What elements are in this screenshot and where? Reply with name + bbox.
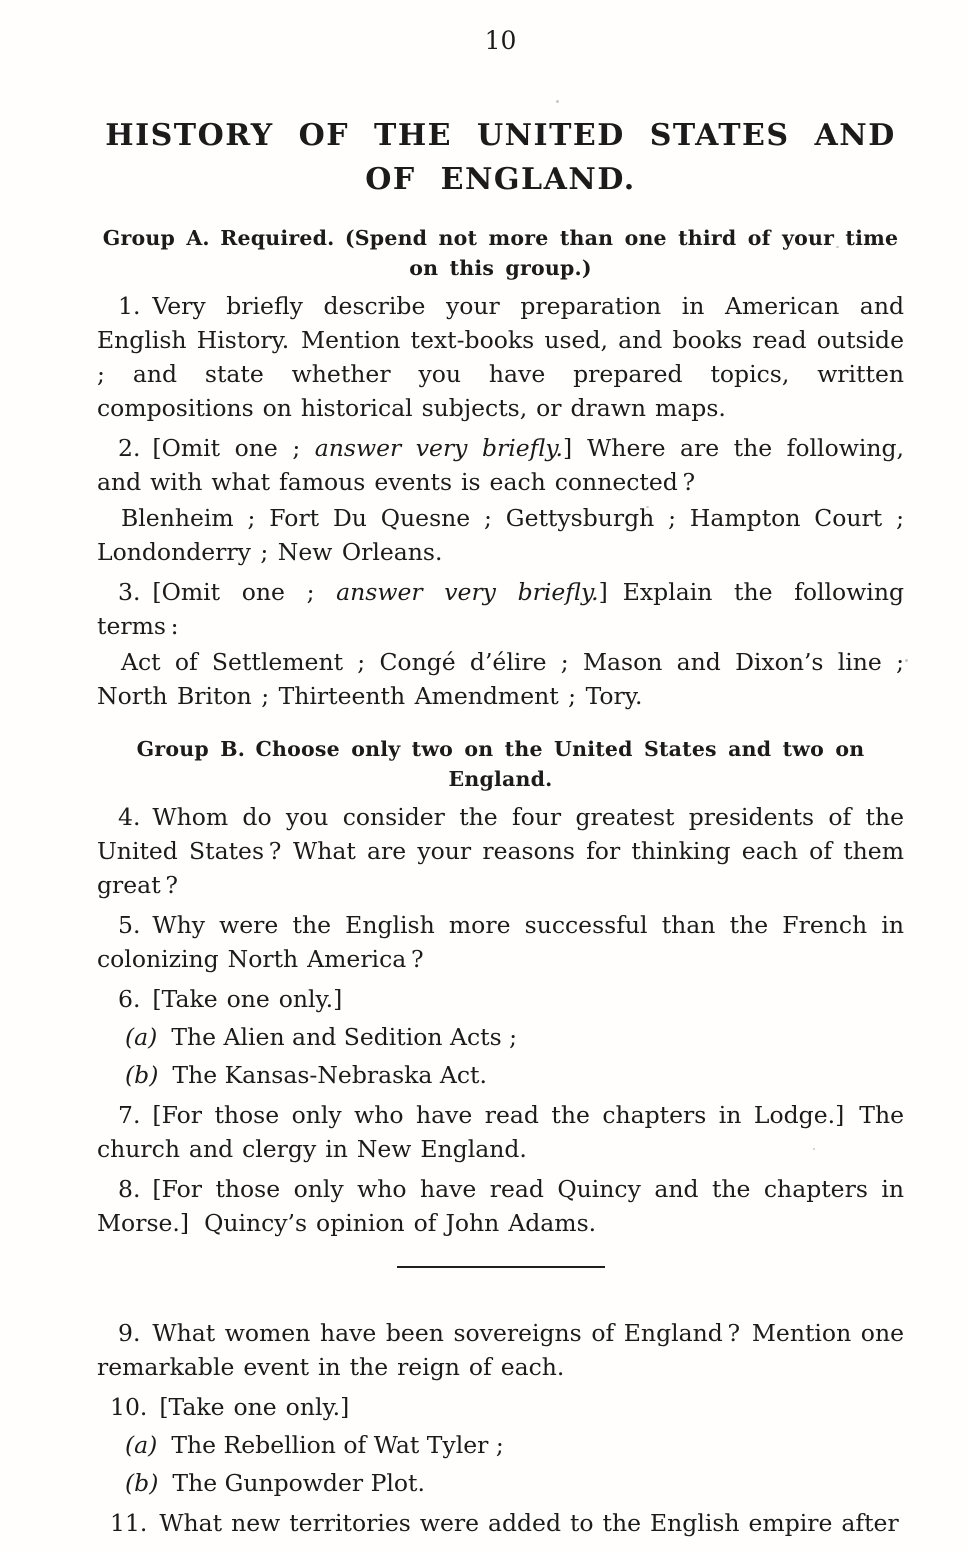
question-6-option-b: (b)The Kansas-Nebraska Act.: [97, 1058, 904, 1092]
question-10-option-a: (a)The Rebellion of Wat Tyler ;: [97, 1428, 904, 1462]
section-divider: [397, 1266, 605, 1268]
question-6: 6.[Take one only.]: [97, 982, 904, 1016]
question-6-option-a-label: (a): [125, 1023, 157, 1051]
question-3-terms-list: Act of Settlement ; Congé d’élire ; Maso…: [97, 645, 904, 713]
question-6-option-a: (a)The Alien and Sedition Acts ;: [97, 1020, 904, 1054]
question-8-text: Quincy’s opinion of John Adams.: [204, 1209, 596, 1237]
question-8-number: 8.: [118, 1175, 140, 1203]
question-3-instruction-italic: answer very briefly.: [336, 578, 598, 606]
group-b-heading: Group B. Choose only two on the United S…: [97, 734, 904, 794]
question-1: 1.Very briefly describe your preparation…: [97, 289, 904, 425]
question-4: 4.Whom do you consider the four greatest…: [97, 800, 904, 902]
question-5-number: 5.: [118, 911, 140, 939]
scan-speck: [813, 1148, 815, 1150]
question-9-text: What women have been sovereigns of Engla…: [97, 1319, 904, 1381]
question-9: 9.What women have been sovereigns of Eng…: [97, 1316, 904, 1384]
question-3-number: 3.: [118, 578, 140, 606]
exam-title: HISTORY OF THE UNITED STATES ANDOF ENGLA…: [97, 114, 904, 202]
question-4-text: Whom do you consider the four greatest p…: [97, 803, 904, 899]
question-2-number: 2.: [118, 434, 140, 462]
question-6-number: 6.: [118, 985, 140, 1013]
question-10-option-b-text: The Gunpowder Plot.: [172, 1469, 425, 1497]
group-a-heading: Group A. Required. (Spend not more than …: [97, 223, 904, 283]
scan-speck: [556, 100, 559, 103]
group-b-section: Group B. Choose only two on the United S…: [97, 734, 904, 1240]
question-3: 3.[Omit one ; answer very briefly.]Expla…: [97, 575, 904, 643]
question-6-option-b-text: The Kansas-Nebraska Act.: [172, 1061, 487, 1089]
question-2: 2.[Omit one ; answer very briefly.]Where…: [97, 431, 904, 499]
question-5-text: Why were the English more successful tha…: [97, 911, 904, 973]
question-6-option-b-label: (b): [125, 1061, 158, 1089]
question-6-text: [Take one only.]: [152, 985, 342, 1013]
question-2-place-list: Blenheim ; Fort Du Quesne ; Gettysburgh …: [97, 501, 904, 569]
question-2-instruction-italic: answer very briefly.: [315, 434, 563, 462]
exam-title-line-2: OF ENGLAND.: [97, 158, 904, 202]
england-section: 9.What women have been sovereigns of Eng…: [97, 1316, 904, 1540]
question-10-text: [Take one only.]: [159, 1393, 349, 1421]
group-a-section: Group A. Required. (Spend not more than …: [97, 223, 904, 713]
question-11-number: 11.: [110, 1509, 147, 1537]
group-a-heading-line-2: on this group.): [97, 253, 904, 283]
question-7-bracket: [For those only who have read the chapte…: [152, 1101, 844, 1129]
question-10-option-b: (b)The Gunpowder Plot.: [97, 1466, 904, 1500]
question-5: 5.Why were the English more successful t…: [97, 908, 904, 976]
scan-speck: [836, 246, 839, 248]
group-a-heading-line-1: Group A. Required. (Spend not more than …: [97, 223, 904, 253]
question-3-bracket-close: ]: [599, 578, 608, 606]
page-number: 10: [97, 0, 904, 57]
question-2-bracket-close: ]: [563, 434, 572, 462]
question-10: 10.[Take one only.]: [97, 1390, 904, 1424]
question-10-option-b-label: (b): [125, 1469, 158, 1497]
question-2-bracket-open: [Omit one ;: [152, 434, 300, 462]
scanned-exam-page: 10 HISTORY OF THE UNITED STATES ANDOF EN…: [0, 0, 968, 1552]
question-6-option-a-text: The Alien and Sedition Acts ;: [171, 1023, 517, 1051]
question-7: 7.[For those only who have read the chap…: [97, 1098, 904, 1166]
question-8: 8.[For those only who have read Quincy a…: [97, 1172, 904, 1240]
question-9-number: 9.: [118, 1319, 140, 1347]
question-11-text: What new territories were added to the E…: [159, 1509, 898, 1537]
question-4-number: 4.: [118, 803, 140, 831]
question-10-option-a-label: (a): [125, 1431, 157, 1459]
exam-title-line-1: HISTORY OF THE UNITED STATES AND: [97, 114, 904, 158]
scan-speck: [905, 659, 908, 662]
question-7-number: 7.: [118, 1101, 140, 1129]
question-10-option-a-text: The Rebellion of Wat Tyler ;: [171, 1431, 503, 1459]
question-1-text: Very briefly describe your preparation i…: [97, 292, 904, 422]
question-1-number: 1.: [118, 292, 140, 320]
question-3-bracket-open: [Omit one ;: [152, 578, 314, 606]
question-10-number: 10.: [110, 1393, 147, 1421]
scan-speck: [646, 506, 649, 508]
question-11-partial: 11.What new territories were added to th…: [97, 1506, 904, 1540]
